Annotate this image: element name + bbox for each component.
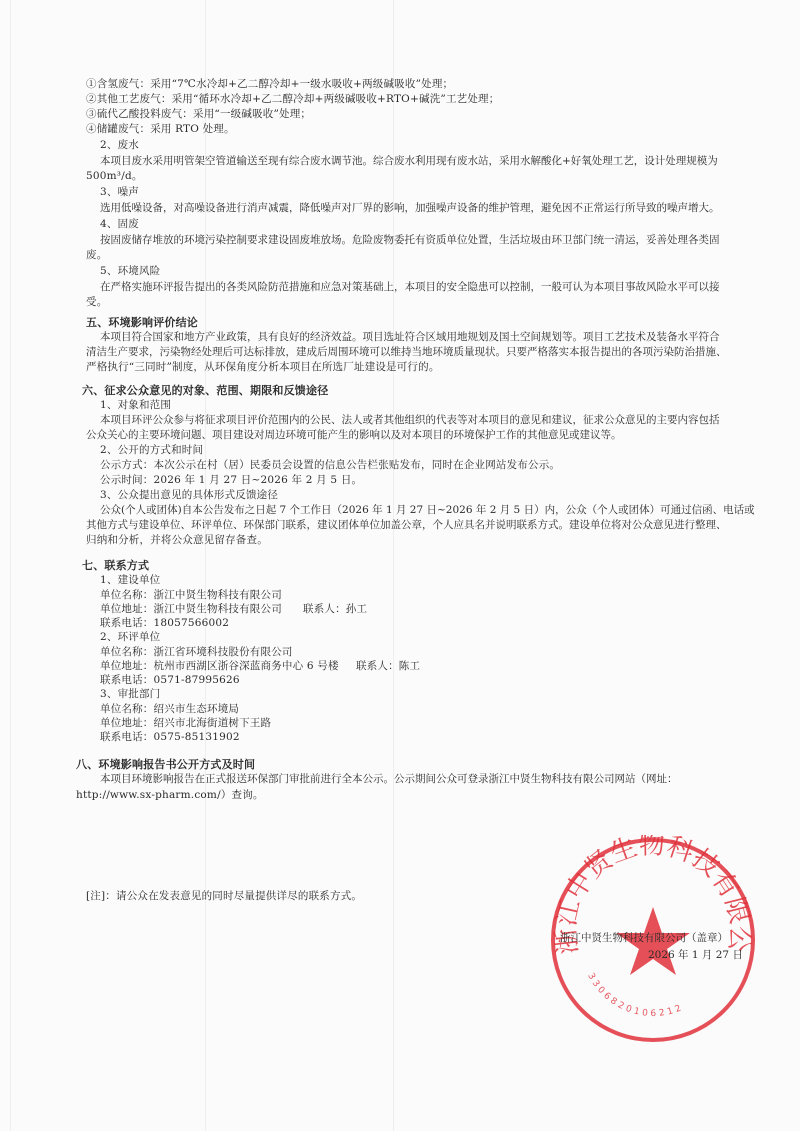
scan-artifact-line — [205, 0, 206, 1131]
contact-phone: 联系电话：0575-85131902 — [100, 731, 240, 744]
solid-waste-text-cont: 废。 — [86, 249, 107, 262]
contact-heading-construction: 1、建设单位 — [100, 574, 160, 587]
gas-item-2: ②其他工艺废气：采用“循环水冷却+乙二醇冷却+两级碱吸收+RTO+碱洗”工艺处理… — [86, 93, 499, 106]
footnote: [注]：请公众在发表意见的同时尽量提供详尽的联系方式。 — [86, 890, 362, 903]
scan-artifact-line — [393, 0, 394, 1131]
contact-person: 联系人：孙工 — [303, 603, 367, 616]
section6-sub3-title: 3、公众提出意见的具体形式反馈途径 — [100, 489, 278, 502]
section5-line: 严格执行“三同时”制度，从环保角度分析本项目在所选厂址建设是可行的。 — [86, 361, 440, 374]
contact-address: 单位地址：绍兴市北海街道树下王路 — [100, 717, 271, 730]
section5-line: 清洁生产要求，污染物经处理后可达标排放，建成后周围环境可以维持当地环境质量现状。… — [86, 346, 727, 359]
section6-sub3-line: 公众(个人或团体)自本公告发布之日起 7 个工作日（2026 年 1 月 27 … — [100, 504, 755, 517]
contact-name: 单位名称：浙江省环境科技股份有限公司 — [100, 646, 293, 659]
section8-text: 本项目环境影响报告在正式报送环保部门审批前进行全本公示。公示期间公众可登录浙江中… — [100, 773, 678, 786]
wastewater-text-cont: 500m³/d。 — [86, 170, 143, 183]
section5-title: 五、环境影响评价结论 — [86, 316, 198, 329]
gas-item-3: ③硫代乙酸投料废气：采用“一级碱吸收”处理； — [86, 108, 311, 121]
contact-name: 单位名称：绍兴市生态环境局 — [100, 703, 239, 716]
gas-item-4: ④储罐废气：采用 RTO 处理。 — [86, 123, 235, 136]
svg-text:3306820106212: 3306820106212 — [585, 972, 685, 1019]
noise-title: 3、噪声 — [100, 186, 139, 199]
contact-person: 联系人：陈工 — [356, 660, 420, 673]
section6-title: 六、征求公众意见的对象、范围、期限和反馈途径 — [82, 384, 328, 397]
publicity-period: 公示时间：2026 年 1 月 27 日~2026 年 2 月 5 日。 — [100, 474, 362, 487]
publicity-method: 公示方式：本次公示在村（居）民委员会设置的信息公告栏张贴发布，同时在企业网站发布… — [100, 459, 560, 472]
contact-heading-approval: 3、审批部门 — [100, 688, 160, 701]
website-link[interactable]: http://www.sx-pharm.com/）查询。 — [76, 789, 264, 802]
noise-text: 选用低噪设备，对高噪设备进行消声减震，降低噪声对厂界的影响，加强噪声设备的维护管… — [100, 202, 720, 215]
section5-line: 本项目符合国家和地方产业政策，具有良好的经济效益。项目选址符合区域用地规划及国土… — [100, 331, 720, 344]
contact-name: 单位名称：浙江中贤生物科技有限公司 — [100, 589, 282, 602]
wastewater-text: 本项目废水采用明管架空管道输送至现有综合废水调节池。综合废水利用现有废水站，采用… — [100, 155, 718, 168]
risk-title: 5、环境风险 — [100, 265, 160, 278]
signature-company: 浙江中贤生物科技有限公司（盖章） — [560, 930, 728, 945]
stamp-code: 3306820106212 — [585, 972, 685, 1019]
scan-artifact-line — [10, 0, 11, 1131]
risk-text: 在严格实施环评报告提出的各类风险防范措施和应急对策基础上，本项目的安全隐患可以控… — [100, 281, 720, 294]
risk-text-cont: 受。 — [86, 296, 107, 309]
document-page: ①含氢废气：采用“7℃水冷却+乙二醇冷却+一级水吸收+两级碱吸收”处理； ②其他… — [0, 0, 800, 1131]
section6-sub1-title: 1、对象和范围 — [100, 399, 171, 412]
section6-sub2-title: 2、公开的方式和时间 — [100, 444, 203, 457]
section6-sub3-line: 归纳和分析，并将公众意见留存备查。 — [86, 534, 268, 547]
wastewater-title: 2、废水 — [100, 139, 139, 152]
section6-sub1-line: 公众关心的主要环境问题、项目建设对周边环境可能产生的影响以及对本项目的环境保护工… — [86, 429, 622, 442]
contact-heading-eia: 2、环评单位 — [100, 631, 160, 644]
section6-sub3-line: 其他方式与建设单位、环评单位、环保部门联系，建议团体单位加盖公章，个人应具名并说… — [86, 519, 727, 532]
gas-item-1: ①含氢废气：采用“7℃水冷却+乙二醇冷却+一级水吸收+两级碱吸收”处理； — [86, 78, 453, 91]
solid-waste-text: 按固废储存堆放的环境污染控制要求建设固废堆放场。危险废物委托有资质单位处置，生活… — [100, 234, 720, 247]
contact-phone: 联系电话：18057566002 — [100, 617, 229, 630]
contact-address: 单位地址：浙江中贤生物科技有限公司 — [100, 603, 282, 616]
section7-title: 七、联系方式 — [82, 559, 149, 572]
section6-sub1-line: 本项目环评公众参与将征求项目评价范围内的公民、法人或者其他组织的代表等对本项目的… — [100, 414, 720, 427]
contact-address: 单位地址：杭州市西湖区浙谷深蓝商务中心 6 号楼 — [100, 660, 339, 673]
solid-waste-title: 4、固废 — [100, 218, 139, 231]
contact-phone: 联系电话：0571-87995626 — [100, 674, 240, 687]
section8-title: 八、环境影响报告书公开方式及时间 — [76, 758, 255, 771]
signature-date: 2026 年 1 月 27 日 — [648, 947, 743, 962]
